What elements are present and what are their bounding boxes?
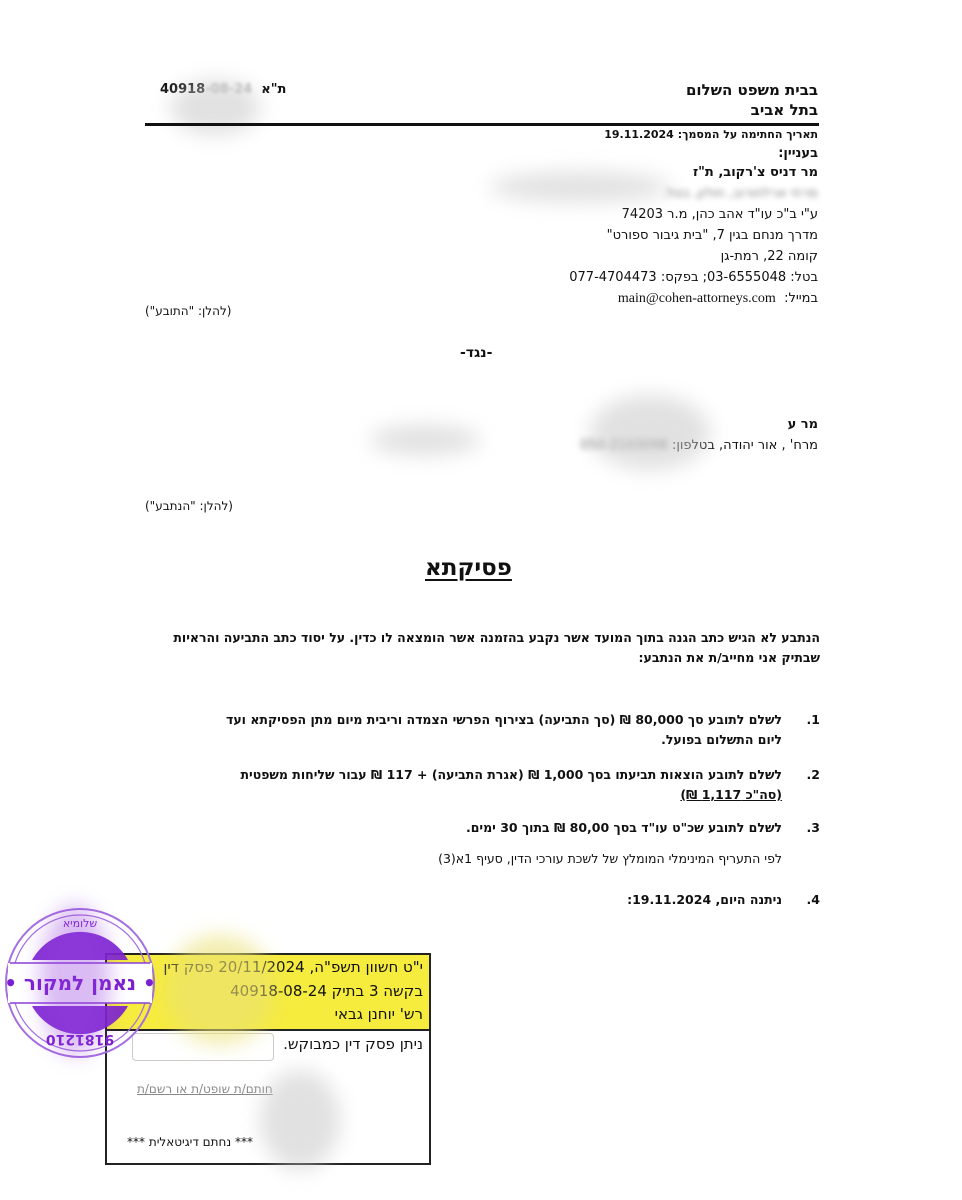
verdict-item: 2. לשלם לתובע הוצאות תביעתו בסך 1,000 ₪ … [200,765,820,805]
item-total: (סה"כ 1,117 ₪) [680,787,782,802]
court-name: בבית משפט השלום בתל אביב [686,80,818,120]
verdict-item: 4. ניתנה היום, 19.11.2024: [200,890,820,910]
signature-registrar-line: רש' יוחנן גבאי [335,1005,423,1023]
sign-date-value: 19.11.2024 [604,128,674,141]
court-line-2: בתל אביב [686,100,818,120]
header-divider [145,123,819,126]
item-number: 1. [792,710,820,730]
plaintiff-email: במייל: main@cohen-attorneys.com [569,288,818,309]
regarding-label: בעניין: [778,146,818,161]
item-text: לשלם לתובע שכ"ט עו"ד בסך 80,00 ₪ בתוך 30… [200,818,782,838]
court-line-1: בבית משפט השלום [686,80,818,100]
plaintiff-office-floor: קומה 22, רמת-גן [569,246,818,267]
item-number: 2. [792,765,820,785]
defendant-role-label: (להלן: "הנתבע") [145,499,233,513]
item-text: ניתנה היום, 19.11.2024: [200,890,782,910]
fax-label: ; בפקס: [661,270,707,285]
case-prefix: ת"א [261,82,286,97]
email-label: במייל: [784,291,818,306]
signature-role: חותם/ת שופט/ת או רשם/ת [137,1082,273,1096]
verdict-item: 3. לשלם לתובע שכ"ט עו"ד בסך 80,00 ₪ בתוך… [200,818,820,838]
digitally-signed-label: *** נחתם דיגיטאלית *** [127,1135,253,1149]
item-number: 3. [792,818,820,838]
verdict-item: 1. לשלם לתובע סך 80,000 ₪ (סך התביעה) בצ… [200,710,820,750]
versus-label: -נגד- [460,345,492,361]
phone-label: בטל: [790,270,818,285]
email-link[interactable]: main@cohen-attorneys.com [618,291,776,306]
item-text-main: לשלם לתובע הוצאות תביעתו בסך 1,000 ₪ (אג… [241,767,783,782]
plaintiff-office-street: מדרך מנחם בגין 7, "בית גיבור ספורט" [569,225,818,246]
plaintiff-address-text: מרחי ארלוזורוב, חולון, בטל. [662,186,818,201]
fax-value: 077-4704473 [569,270,656,285]
item-text: לשלם לתובע סך 80,000 ₪ (סך התביעה) בצירו… [200,710,782,750]
plaintiff-role-label: (להלן: "התובע") [145,304,231,318]
plaintiff-representation: ע"י ב"כ עו"ד אהב כהן, מ.ר 74203 [569,204,818,225]
plaintiff-phones: בטל: 03-6555048; בפקס: 077-4704473 [569,267,818,288]
phone-value: 03-6555048 [707,270,786,285]
item-number: 4. [792,890,820,910]
sign-date-label: תאריך החתימה על המסמך: [678,128,818,141]
verdict-title: פסיקתא [425,555,512,581]
fee-note: לפי התעריף המינימלי המומלץ של לשכת עורכי… [438,851,782,866]
sign-date: תאריך החתימה על המסמך: 19.11.2024 [604,128,818,141]
item-text: לשלם לתובע הוצאות תביעתו בסך 1,000 ₪ (אג… [200,765,782,805]
verdict-intro: הנתבע לא הגיש כתב הגנה בתוך המועד אשר נק… [160,628,820,668]
signature-ruling-line: ניתן פסק דין כמבוקש. [283,1035,423,1053]
